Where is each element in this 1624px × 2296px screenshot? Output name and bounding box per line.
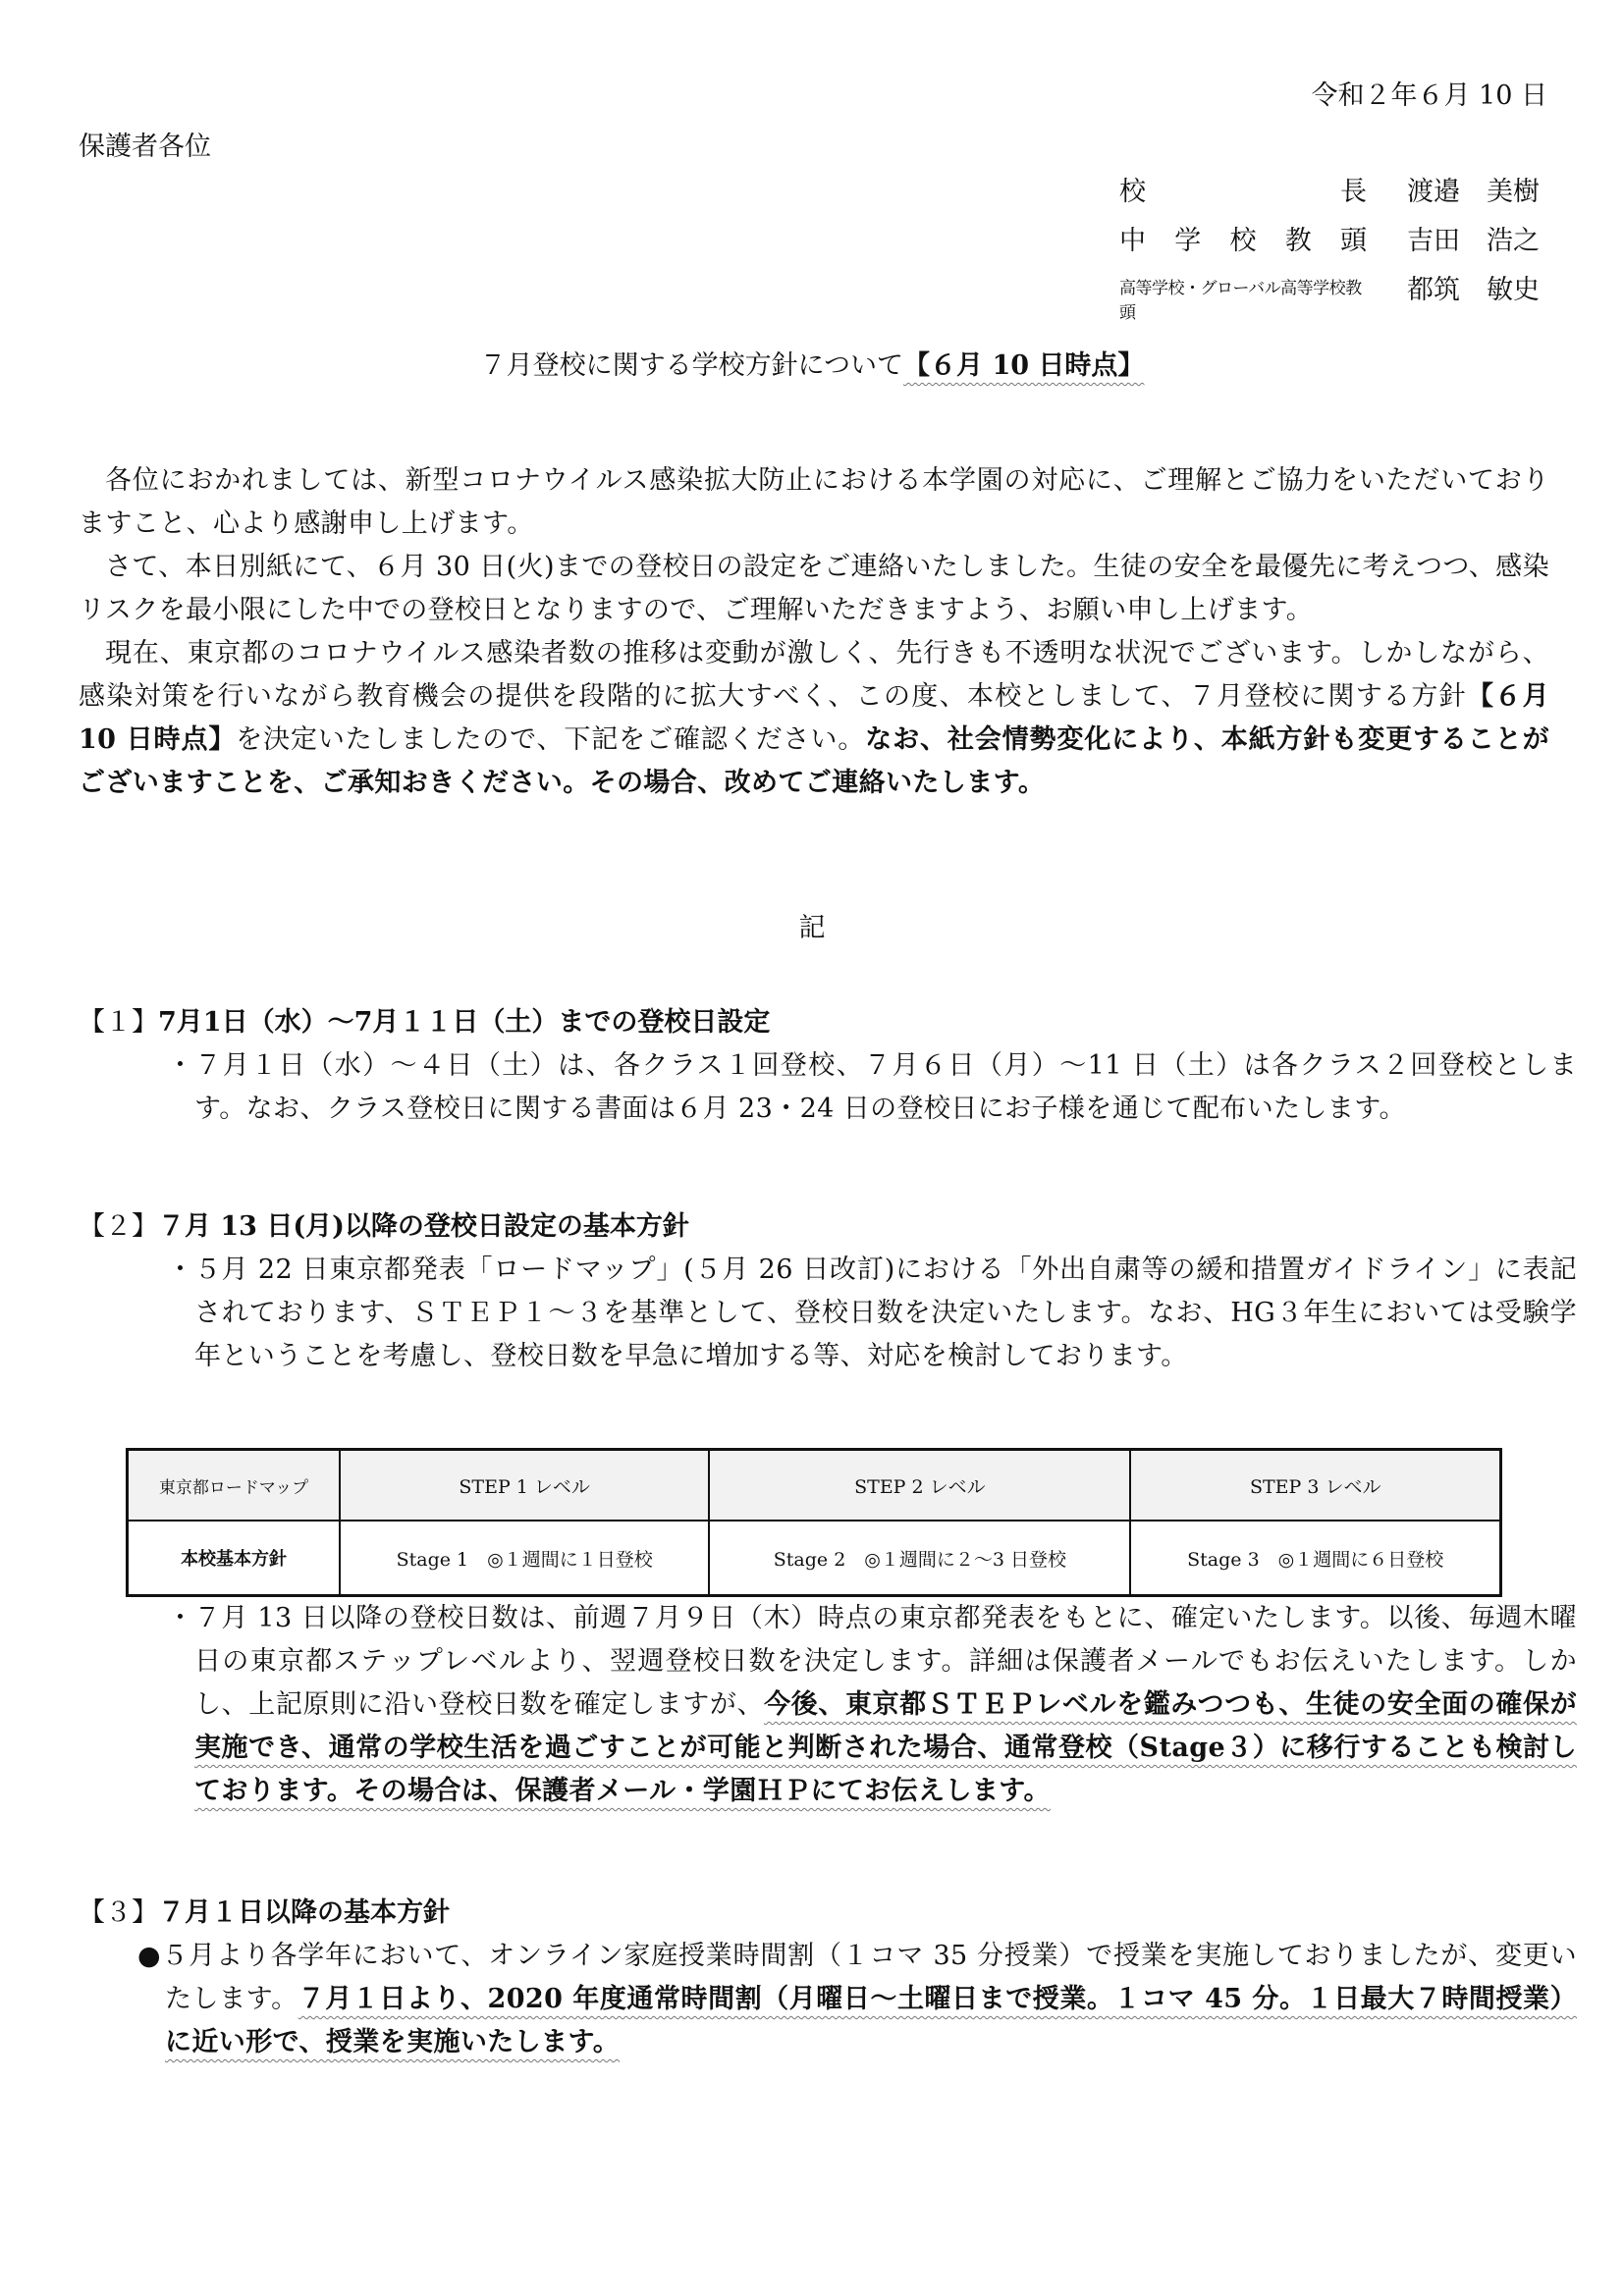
title-emphasis: 【６月 10 日時点】: [903, 350, 1144, 381]
section-2-bullet: ・５月 22 日東京都発表「ロードマップ」(５月 26 日改訂)における「外出自…: [167, 1249, 1577, 1378]
signatory-principal: 校 長 渡邉 美樹: [1119, 170, 1551, 213]
signatory-name: 渡邉 美樹: [1407, 170, 1540, 208]
section-3-heading: 【３】７月１日以降の基本方針: [79, 1892, 450, 1935]
document-title: ７月登校に関する学校方針について【６月 10 日時点】: [0, 344, 1624, 382]
table-row: 本校基本方針 Stage 1 ◎１週間に１日登校 Stage 2 ◎１週間に２～…: [128, 1521, 1501, 1596]
bullet-dot-icon: ●: [137, 1941, 161, 1971]
roadmap-table: 東京都ロードマップ STEP 1 レベル STEP 2 レベル STEP 3 レ…: [126, 1448, 1502, 1597]
signatory-title: 中 学 校 教 頭: [1119, 219, 1367, 257]
table-cell: Stage 1 ◎１週間に１日登校: [340, 1521, 709, 1596]
table-cell: Stage 3 ◎１週間に６日登校: [1130, 1521, 1500, 1596]
signatory-title: 校 長: [1119, 170, 1367, 208]
intro-paragraph-2: さて、本日別紙にて、６月 30 日(火)までの登校日の設定をご連絡いたしました。…: [79, 546, 1549, 632]
title-main: ７月登校に関する学校方針について: [480, 350, 903, 381]
document-date: 令和２年６月 10 日: [1311, 74, 1547, 112]
section-3-emphasis: ７月１日より、2020 年度通常時間割（月曜日～土曜日まで授業。１コマ 45 分…: [165, 1984, 1577, 2057]
section-2-after-table: ・７月 13 日以降の登校日数は、前週７月９日（木）時点の東京都発表をもとに、確…: [167, 1597, 1577, 1813]
section-1-heading: 【１】7月1日（水）～7月１１日（土）までの登校日設定: [79, 1001, 770, 1044]
table-header-row: 東京都ロードマップ STEP 1 レベル STEP 2 レベル STEP 3 レ…: [128, 1450, 1501, 1522]
section-1-bullet: ・７月１日（水）～４日（土）は、各クラス１回登校、７月６日（月）～11 日（土）…: [167, 1044, 1577, 1131]
section-3-bullet: ●５月より各学年において、オンライン家庭授業時間割（１コマ 35 分授業）で授業…: [137, 1935, 1577, 2064]
signatory-name: 吉田 浩之: [1407, 219, 1540, 257]
intro-paragraph-3: 現在、東京都のコロナウイルス感染者数の推移は変動が激しく、先行きも不透明な状況で…: [79, 632, 1549, 805]
table-cell: Stage 2 ◎１週間に２～3 日登校: [709, 1521, 1130, 1596]
intro-paragraph-1: 各位におかれましては、新型コロナウイルス感染拡大防止における本学園の対応に、ご理…: [79, 459, 1549, 546]
signatory-name: 都筑 敏史: [1407, 268, 1540, 306]
table-cell: 本校基本方針: [128, 1521, 341, 1596]
signatory-jh-vice-principal: 中 学 校 教 頭 吉田 浩之: [1119, 219, 1551, 262]
table-cell: STEP 2 レベル: [709, 1450, 1130, 1522]
signatory-hs-vice-principal: 高等学校・グローバル高等学校教頭 都筑 敏史: [1119, 268, 1551, 311]
table-cell: 東京都ロードマップ: [128, 1450, 341, 1522]
table-cell: STEP 3 レベル: [1130, 1450, 1500, 1522]
section-2-heading: 【２】７月 13 日(月)以降の登校日設定の基本方針: [79, 1205, 689, 1249]
ki-heading: 記: [0, 906, 1624, 944]
table-cell: STEP 1 レベル: [340, 1450, 709, 1522]
signatory-title: 高等学校・グローバル高等学校教頭: [1119, 274, 1367, 323]
recipient: 保護者各位: [79, 125, 211, 163]
